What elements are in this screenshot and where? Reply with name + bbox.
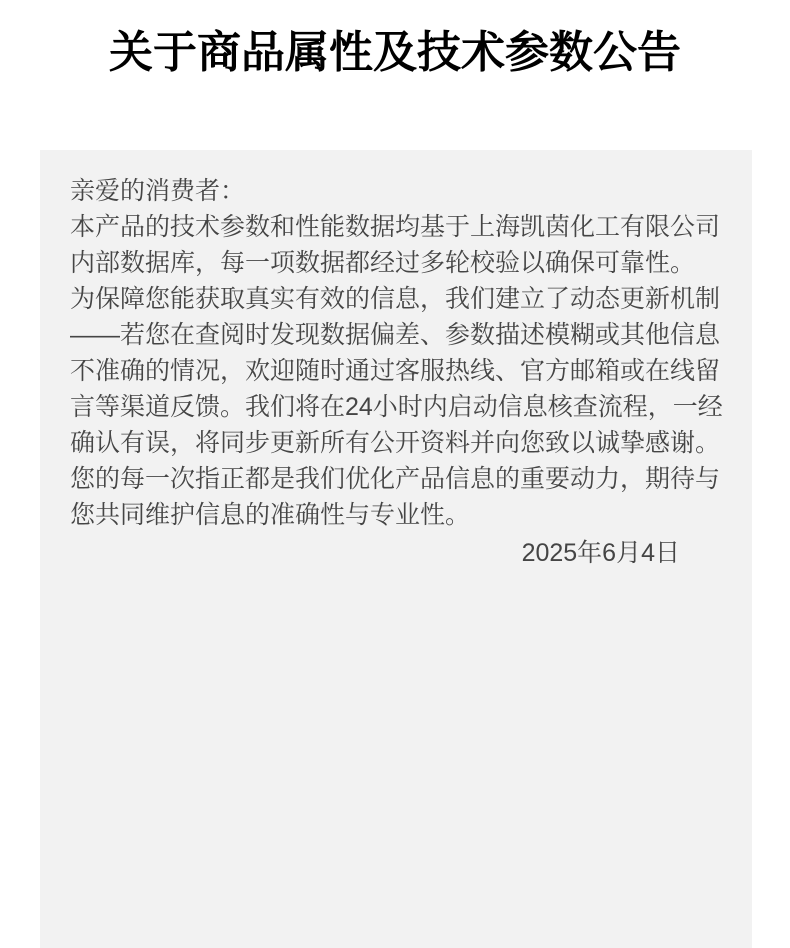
notice-line: 言等渠道反馈。我们将在24小时内启动信息核查流程，一经 — [70, 389, 728, 425]
notice-line: 您共同维护信息的准确性与专业性。 — [70, 497, 728, 533]
notice-date: 2025年6月4日 — [70, 535, 728, 571]
notice-line: 本产品的技术参数和性能数据均基于上海凯茵化工有限公司 — [70, 209, 728, 245]
notice-greeting: 亲爱的消费者： — [70, 173, 728, 209]
notice-panel: 亲爱的消费者： 本产品的技术参数和性能数据均基于上海凯茵化工有限公司 内部数据库… — [40, 150, 752, 948]
page-title: 关于商品属性及技术参数公告 — [0, 24, 790, 82]
notice-line: 您的每一次指正都是我们优化产品信息的重要动力，期待与 — [70, 461, 728, 497]
notice-line: 为保障您能获取真实有效的信息，我们建立了动态更新机制 — [70, 281, 728, 317]
notice-line: ——若您在查阅时发现数据偏差、参数描述模糊或其他信息 — [70, 317, 728, 353]
notice-line: 确认有误，将同步更新所有公开资料并向您致以诚挚感谢。 — [70, 425, 728, 461]
notice-line: 不准确的情况，欢迎随时通过客服热线、官方邮箱或在线留 — [70, 353, 728, 389]
announcement-page: { "page": { "title": "关于商品属性及技术参数公告" }, … — [0, 0, 790, 948]
notice-line: 内部数据库，每一项数据都经过多轮校验以确保可靠性。 — [70, 245, 728, 281]
